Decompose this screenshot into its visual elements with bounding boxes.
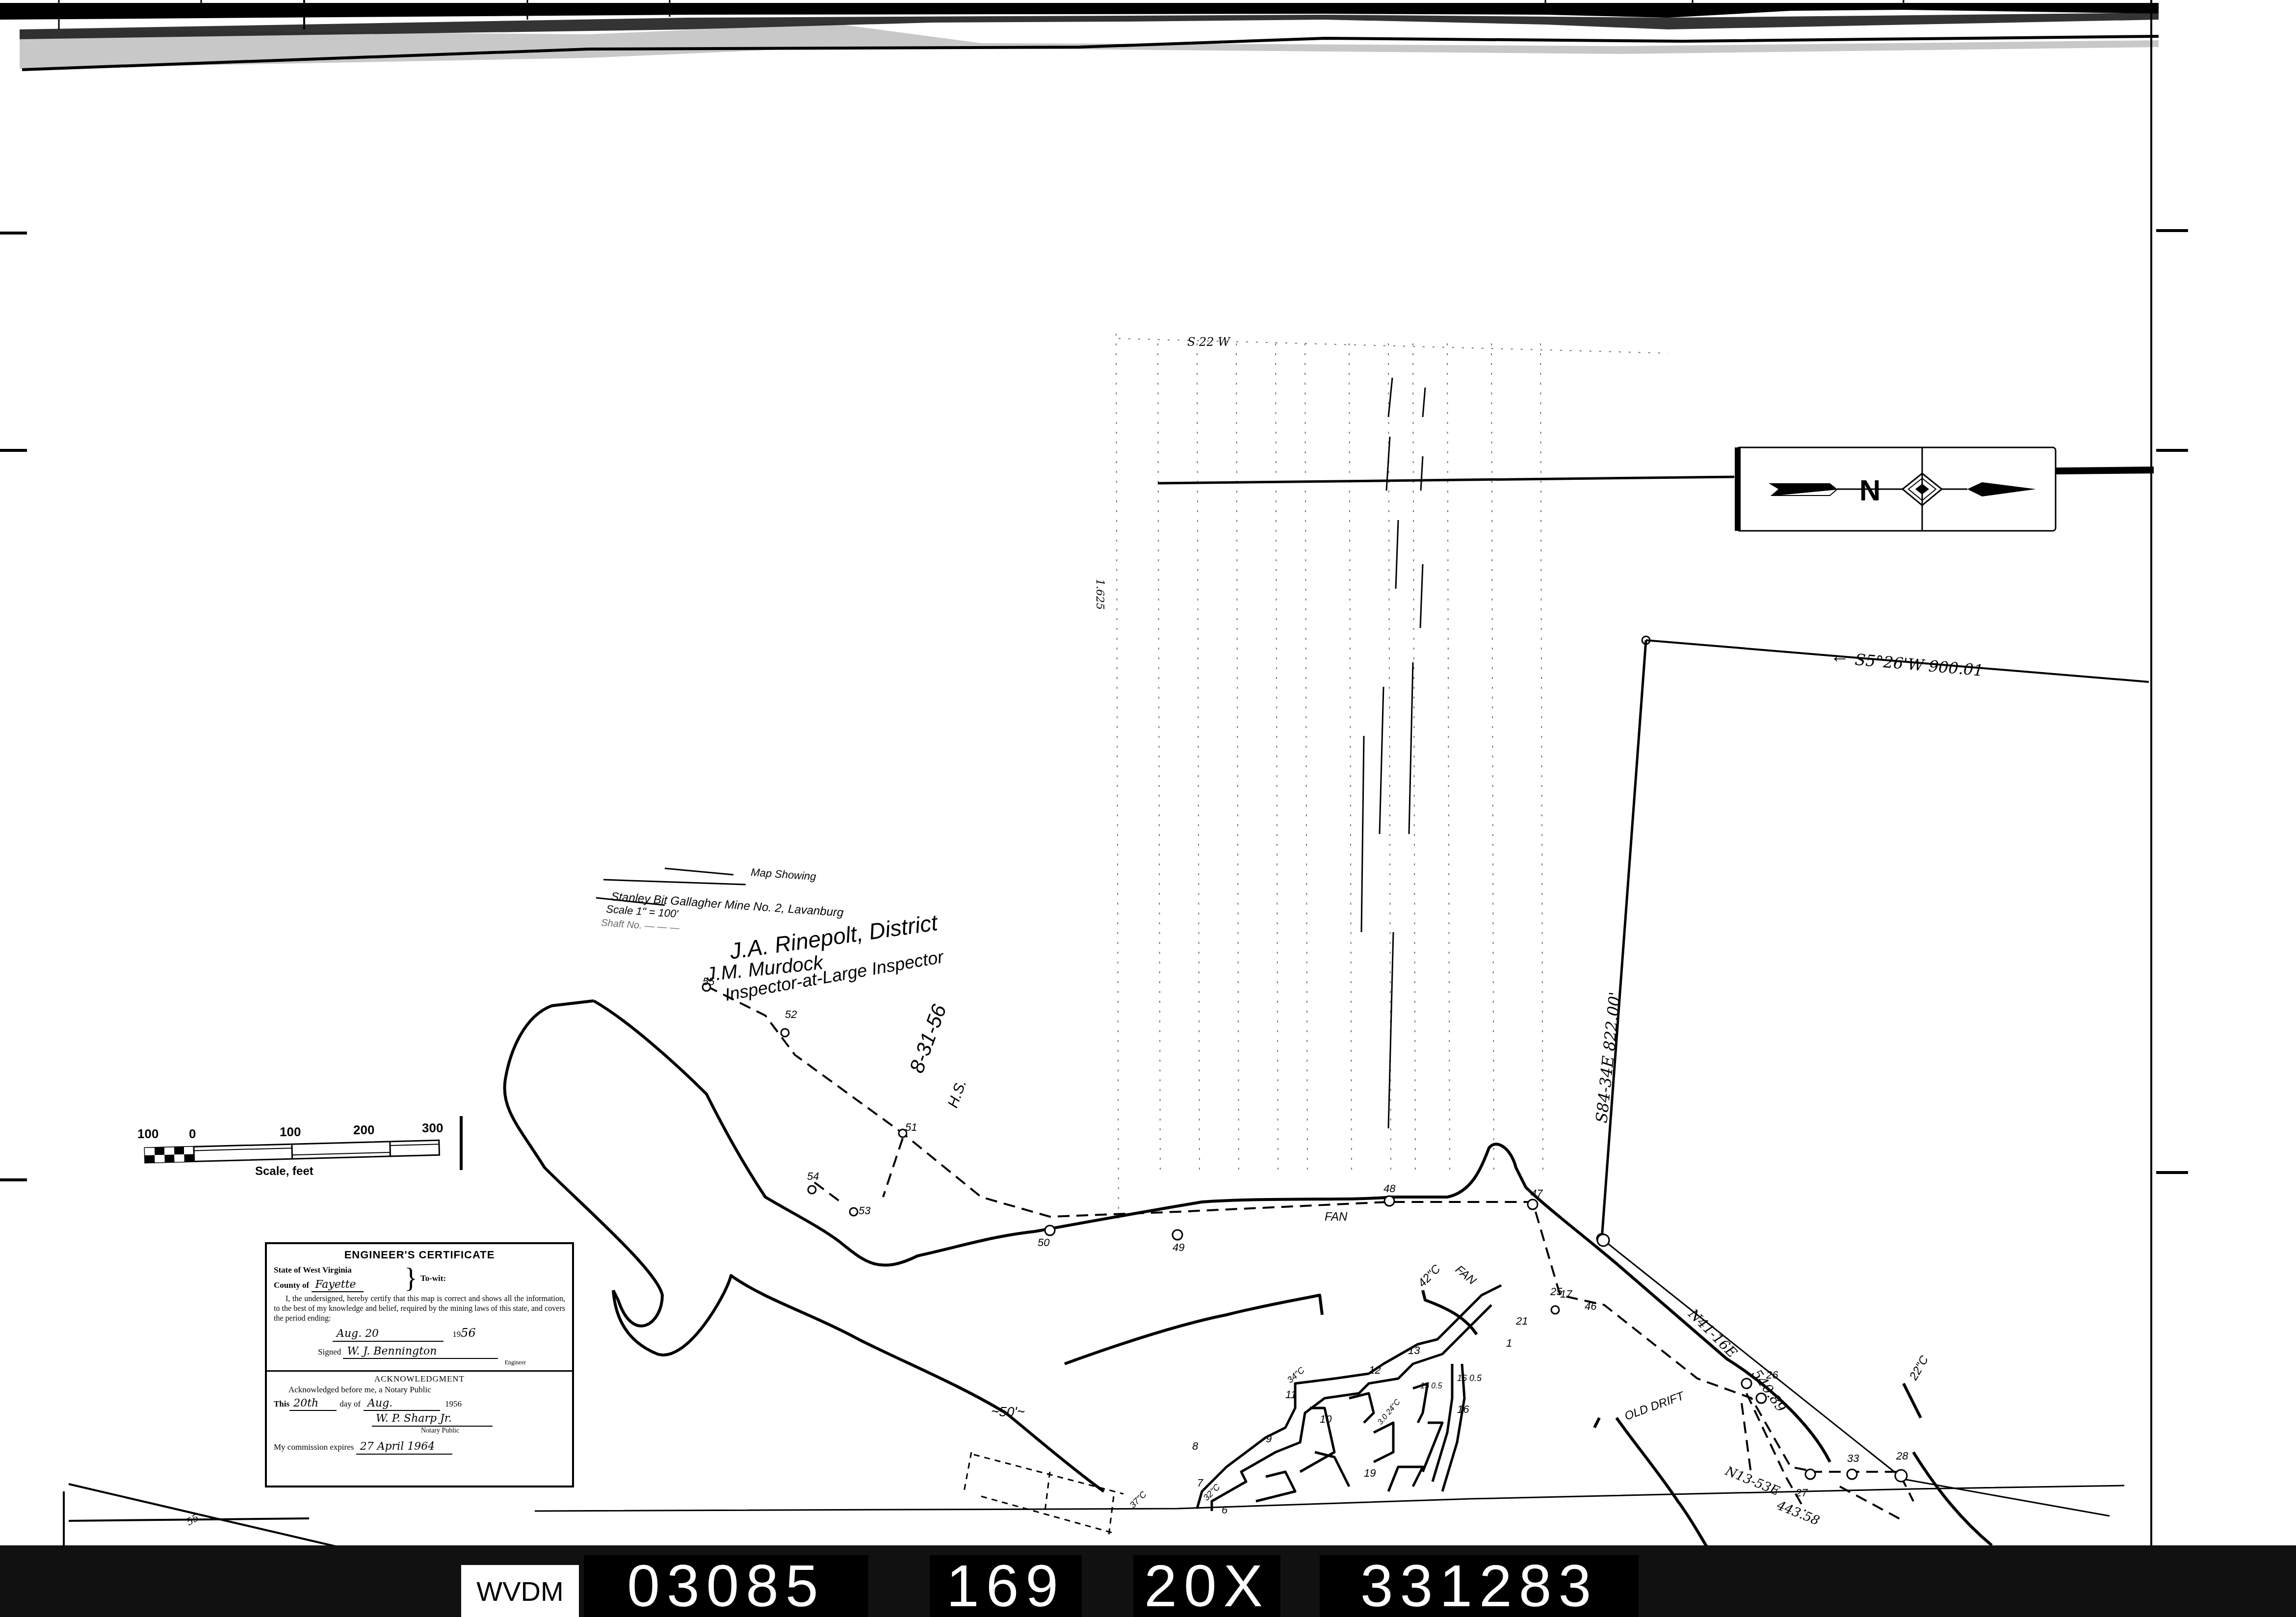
svg-text:33: 33 [1847, 1452, 1859, 1464]
ack-day-of-label: day of [339, 1399, 361, 1409]
svg-text:46: 46 [1585, 1300, 1597, 1312]
svg-text:37"C: 37"C [1128, 1489, 1149, 1510]
map-annotations: FAN FAN 42"C OLD DRIFT ~50'~ 22"C 34"C 3… [991, 1210, 1931, 1510]
outer-entry-dashed [964, 1452, 1123, 1536]
svg-text:19: 19 [1364, 1467, 1376, 1479]
grid-label: 1.625 [1094, 579, 1106, 610]
inspector-notes: J.A. Rinepolt, District J.M. Murdock Ins… [704, 910, 969, 1110]
svg-text:OLD DRIFT: OLD DRIFT [1623, 1389, 1687, 1423]
svg-text:27: 27 [1795, 1487, 1808, 1499]
mine-workings-outline [504, 1001, 1992, 1555]
notary-label: Notary Public [274, 1427, 565, 1435]
scale-tick-200: 200 [353, 1122, 374, 1137]
top-border [0, 0, 2159, 70]
meridian-line [1158, 477, 1734, 483]
svg-text:16 0.5: 16 0.5 [1457, 1373, 1482, 1383]
survey-station-markers [703, 983, 1907, 1482]
certificate-year-prefix: 19 [452, 1330, 461, 1339]
north-arrow: N [1735, 447, 2056, 531]
svg-text:3.0 24"C: 3.0 24"C [1376, 1398, 1402, 1427]
svg-text:1: 1 [1506, 1337, 1512, 1349]
svg-text:28: 28 [1896, 1450, 1908, 1462]
meridian-line-right [2056, 470, 2154, 471]
svg-text:8: 8 [1192, 1440, 1199, 1452]
footer-number-4: 331283 [1320, 1555, 1639, 1617]
commission-value: 27 April 1964 [356, 1440, 452, 1455]
svg-text:H.S.: H.S. [945, 1077, 970, 1110]
bearing-443-58: 443.58 [1774, 1498, 1822, 1528]
svg-text:51: 51 [905, 1121, 917, 1133]
certificate-county-label: County of [274, 1280, 309, 1290]
north-arrow-label: N [1859, 474, 1880, 507]
certificate-year: 56 [461, 1326, 476, 1340]
svg-text:26: 26 [1766, 1369, 1778, 1381]
bottom-boundary-line [535, 1486, 2124, 1511]
footer-number-2: 169 [930, 1555, 1082, 1617]
brace: } [404, 1265, 417, 1292]
scale-bar: 100 0 100 200 300 Scale, feet [137, 1116, 461, 1178]
commission-label: My commission expires [274, 1442, 354, 1452]
svg-text:FAN: FAN [1453, 1263, 1479, 1288]
certificate-state: State of West Virginia [274, 1265, 401, 1275]
svg-text:50: 50 [1038, 1236, 1050, 1249]
svg-text:7: 7 [1197, 1477, 1203, 1489]
engineers-certificate: ENGINEER'S CERTIFICATE State of West Vir… [265, 1242, 574, 1487]
scale-unit-label: Scale, feet [255, 1165, 313, 1178]
certificate-signed-label: Signed [318, 1347, 341, 1356]
ack-day-value: 20th [289, 1397, 337, 1411]
certificate-signature: W. J. Bennington [343, 1345, 498, 1359]
scale-tick-left: 100 [137, 1126, 158, 1141]
survey-station-labels: 55 52 51 50 49 48 47 54 53 46 26 25 17 2… [703, 975, 1908, 1516]
svg-text:54: 54 [807, 1170, 819, 1182]
svg-text:Map Showing: Map Showing [751, 866, 817, 883]
svg-text:48: 48 [1383, 1182, 1396, 1195]
lower-left-lines [64, 1484, 363, 1555]
ack-year: 1956 [445, 1399, 462, 1409]
certificate-county-value: Fayette [312, 1278, 364, 1293]
certificate-engineer-label: Engineer [274, 1359, 565, 1366]
svg-text:8-31-56: 8-31-56 [905, 1001, 951, 1076]
bearing-n41-16e: N41-16E [1685, 1305, 1740, 1361]
svg-text:47: 47 [1531, 1187, 1543, 1200]
notary-signature: W. P. Sharp Jr. [372, 1412, 493, 1427]
faint-traverse-grid [1116, 334, 1668, 1226]
bearing-arrow: ← [1830, 645, 1850, 667]
certificate-title: ENGINEER'S CERTIFICATE [274, 1248, 565, 1262]
ack-month-value: Aug. [364, 1397, 440, 1411]
bearing-s84-34e: S84-34E 822.00' [1592, 991, 1624, 1124]
svg-text:17: 17 [1560, 1288, 1572, 1300]
svg-text:52: 52 [785, 1008, 797, 1020]
svg-text:42"C: 42"C [1415, 1262, 1443, 1290]
scale-tick-100: 100 [280, 1124, 301, 1139]
ack-this-label: This [274, 1399, 289, 1409]
map-title-block: Map Showing Stanley Bit Gallagher Mine N… [596, 866, 844, 934]
certificate-towit: To-wit: [420, 1273, 446, 1283]
acknowledgment-title: ACKNOWLEDGMENT [274, 1374, 565, 1384]
svg-text:15 0.5: 15 0.5 [1420, 1382, 1442, 1390]
grid-arrows [1361, 378, 1425, 1128]
property-boundary [1597, 636, 2149, 1516]
svg-text:~50'~: ~50'~ [991, 1404, 1025, 1419]
scale-tick-zero: 0 [189, 1126, 196, 1141]
footer-number-3: 20X [1133, 1555, 1280, 1617]
svg-text:21: 21 [1515, 1315, 1528, 1327]
svg-text:6: 6 [1222, 1504, 1228, 1516]
agency-label: WVDM [461, 1565, 579, 1617]
survey-traverse [706, 986, 1913, 1521]
svg-text:32"C: 32"C [1201, 1482, 1223, 1503]
svg-text:49: 49 [1173, 1241, 1184, 1253]
entry-workings [1197, 1285, 1501, 1511]
footer-number-1: 03085 [584, 1555, 868, 1617]
svg-text:FAN: FAN [1325, 1210, 1348, 1224]
border-ticks [0, 231, 2188, 1180]
svg-text:Shaft No. — — —: Shaft No. — — — [601, 917, 680, 934]
svg-text:22"C: 22"C [1906, 1353, 1931, 1382]
acknowledgment-text: Acknowledged before me, a Notary Public [274, 1384, 565, 1395]
svg-text:53: 53 [859, 1204, 871, 1217]
certificate-period-date: Aug. 20 [333, 1327, 444, 1342]
scale-tick-300: 300 [422, 1121, 443, 1135]
certificate-body: I, the undersigned, hereby certify that … [274, 1294, 565, 1324]
bearing-s22w: S 22 W [1187, 335, 1231, 349]
bearing-s5-26w: S5°26'W 900.01 [1854, 650, 1984, 680]
